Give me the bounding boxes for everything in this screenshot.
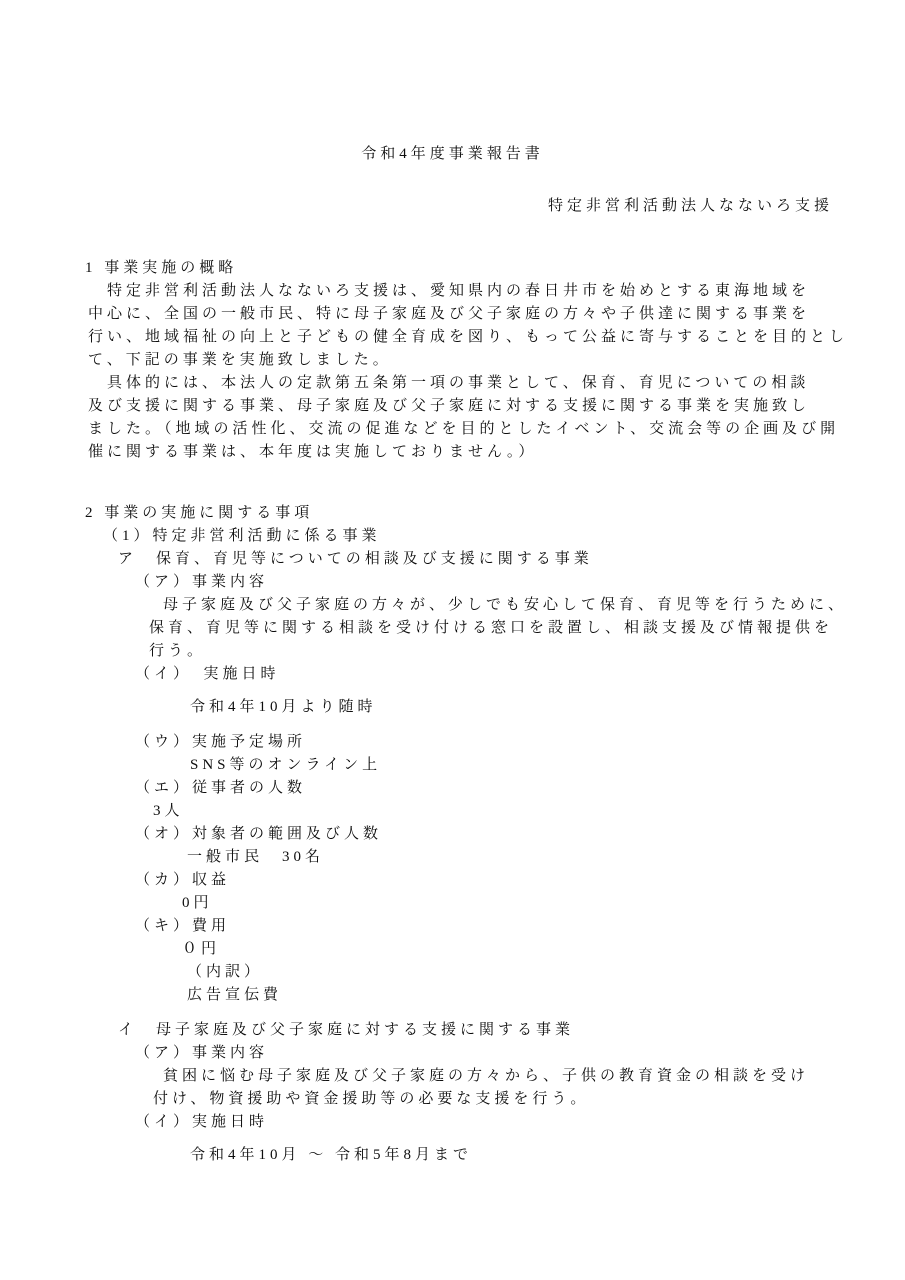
item-a-breakdown-label: （内訳） <box>0 961 905 984</box>
subsection1-heading: （1）特定非営利活動に係る事業 <box>0 525 905 548</box>
section1-paragraph1: 特定非営利活動法人なないろ支援は、愛知県内の春日井市を始めとする東海地域を 中心… <box>0 280 905 372</box>
paragraph-line: 及び支援に関する事業、母子家庭及び父子家庭に対する支援に関する事業を実施致し <box>0 395 905 418</box>
paragraph-line: ました。（地域の活性化、交流の促進などを目的としたイベント、交流会等の企画及び開 <box>0 418 905 441</box>
item-a-target-value: 一般市民 30名 <box>0 846 905 869</box>
item-a-place-value: SNS等のオンライン上 <box>0 754 905 777</box>
paragraph-line: 付け、物資援助や資金援助等の必要な支援を行う。 <box>0 1088 905 1111</box>
item-a-datetime-label: （イ） 実施日時 <box>0 663 905 686</box>
organization-name: 特定非営利活動法人なないろ支援 <box>0 195 905 218</box>
item-a-datetime-value: 令和4年10月より随時 <box>0 696 905 719</box>
item-a-place-label: （ウ）実施予定場所 <box>0 731 905 754</box>
paragraph-line: 保育、育児等に関する相談を受け付ける窓口を設置し、相談支援及び情報提供を <box>0 617 905 640</box>
section1-paragraph2: 具体的には、本法人の定款第五条第一項の事業として、保育、育児についての相談 及び… <box>0 372 905 464</box>
item-a-heading: ア 保育、育児等についての相談及び支援に関する事業 <box>0 548 905 571</box>
section1-heading: 1 事業実施の概略 <box>0 257 905 280</box>
paragraph-line: 催に関する事業は、本年度は実施しておりません。） <box>0 441 905 464</box>
section2-heading: 2 事業の実施に関する事項 <box>0 502 905 525</box>
item-a-staff-value: 3人 <box>0 800 905 823</box>
item-a-breakdown-value: 広告宣伝費 <box>0 984 905 1007</box>
document-title: 令和4年度事業報告書 <box>0 143 905 166</box>
item-a-target-label: （オ）対象者の範囲及び人数 <box>0 823 905 846</box>
paragraph-line: 行い、地域福祉の向上と子どもの健全育成を図り、もって公益に寄与することを目的とし <box>0 326 905 349</box>
item-i-heading: イ 母子家庭及び父子家庭に対する支援に関する事業 <box>0 1019 905 1042</box>
item-a-revenue-value: 0円 <box>0 892 905 915</box>
paragraph-line: 貧困に悩む母子家庭及び父子家庭の方々から、子供の教育資金の相談を受け <box>0 1065 905 1088</box>
item-a-revenue-label: （カ）収益 <box>0 869 905 892</box>
item-a-content-label: （ア）事業内容 <box>0 571 905 594</box>
paragraph-line: 母子家庭及び父子家庭の方々が、少しでも安心して保育、育児等を行うために、 <box>0 594 905 617</box>
paragraph-line: て、下記の事業を実施致しました。 <box>0 349 905 372</box>
item-a-staff-label: （エ）従事者の人数 <box>0 777 905 800</box>
item-i-datetime-value: 令和4年10月 ～ 令和5年8月まで <box>0 1144 905 1167</box>
paragraph-line: 中心に、全国の一般市民、特に母子家庭及び父子家庭の方々や子供達に関する事業を <box>0 303 905 326</box>
item-a-expense-label: （キ）費用 <box>0 915 905 938</box>
paragraph-line: 具体的には、本法人の定款第五条第一項の事業として、保育、育児についての相談 <box>0 372 905 395</box>
report-document: 令和4年度事業報告書 特定非営利活動法人なないろ支援 1 事業実施の概略 特定非… <box>0 0 905 1280</box>
paragraph-line: 行う。 <box>0 640 905 663</box>
paragraph-line: 特定非営利活動法人なないろ支援は、愛知県内の春日井市を始めとする東海地域を <box>0 280 905 303</box>
item-i-datetime-label: （イ）実施日時 <box>0 1111 905 1134</box>
item-a-expense-value: ０円 <box>0 938 905 961</box>
business-item-a: ア 保育、育児等についての相談及び支援に関する事業 （ア）事業内容 母子家庭及び… <box>0 548 905 1007</box>
business-item-i: イ 母子家庭及び父子家庭に対する支援に関する事業 （ア）事業内容 貧困に悩む母子… <box>0 1019 905 1167</box>
item-i-content-label: （ア）事業内容 <box>0 1042 905 1065</box>
